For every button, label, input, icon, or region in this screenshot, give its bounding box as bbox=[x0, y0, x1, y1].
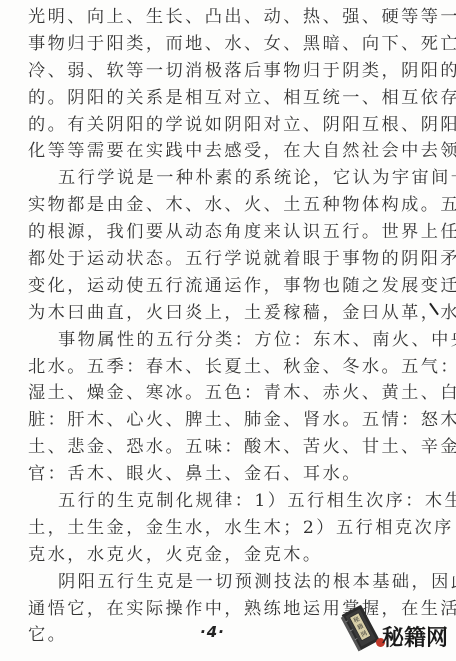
text-line: 光明、向上、生长、凸出、动、热、强、硬等等一切积极向上的 bbox=[28, 4, 428, 31]
text-line: 湿土、燥金、寒冰。五色：青木、赤火、黄土、白金、黑水。五 bbox=[28, 380, 428, 407]
text-line: 的。阴阳的关系是相互对立、相互统一、相互依存又相互制约 bbox=[28, 85, 428, 112]
text-line: 北水。五季：春木、长夏土、秋金、冬水。五气：风木、暑火、 bbox=[28, 354, 428, 381]
text-line: 都处于运动状态。五行学说就着眼于事物的阴阳矛盾作用和运动 bbox=[28, 246, 428, 273]
watermark-logo: 秘 籍 网 秘籍网 bbox=[340, 603, 456, 659]
text-line: 克水，水克火，火克金，金克木。 bbox=[28, 542, 428, 569]
text-line: 的根源，我们要从动态角度来认识五行。世界上任何一种事物 bbox=[28, 219, 428, 246]
text-line: 冷、弱、软等一切消极落后事物归于阴类，阴阳的划分不是绝对 bbox=[28, 58, 428, 85]
paragraph-start-line: 五行的生克制化规律：1）五行相生次序：木生火，火生 bbox=[28, 488, 428, 515]
body-text: 光明、向上、生长、凸出、动、热、强、硬等等一切积极向上的 事物归于阳类，而地、水… bbox=[28, 4, 428, 649]
text-line: 事物归于阳类，而地、水、女、黑暗、向下、死亡、凹进、静、 bbox=[28, 31, 428, 58]
scanned-page: 光明、向上、生长、凸出、动、热、强、硬等等一切积极向上的 事物归于阳类，而地、水… bbox=[0, 0, 456, 661]
text-line: 变化，运动使五行流通运作，事物也随之发展变迁。五行的特性 bbox=[28, 273, 428, 300]
text-line: 土，土生金，金生水，水生木；2）五行相克次序：木克土，土 bbox=[28, 515, 428, 542]
page-number: ·4· bbox=[200, 623, 225, 641]
paragraph-start-line: 阴阳五行生克是一切预测技法的根本基础，因此学易者必须 bbox=[28, 569, 428, 596]
text-line: 的。有关阴阳的学说如阴阳对立、阴阳互根、阴阳消长、阴阳转 bbox=[28, 112, 428, 139]
text-line: 化等等需要在实践中去感受，在大自然社会中去领悟。 bbox=[28, 138, 428, 165]
watermark-text: 秘籍网 bbox=[382, 621, 448, 652]
paragraph-start-line: 五行学说是一种朴素的系统论，它认为宇宙间一切有形态的 bbox=[28, 165, 428, 192]
paragraph-start-line: 事物属性的五行分类：方位：东木、南火、中央土、西金、 bbox=[28, 327, 428, 354]
text-line: 土、悲金、恐水。五味：酸木、苦火、甘土、辛金、咸水。五 bbox=[28, 434, 428, 461]
text-line: 实物都是由金、木、水、火、土五种物体构成。五行是世界万物 bbox=[28, 192, 428, 219]
text-line: 官：舌木、眼火、鼻土、金石、耳水。 bbox=[28, 461, 428, 488]
text-line: 脏：肝木、心火、脾土、肺金、肾水。五情：怒木、喜火、思 bbox=[28, 407, 428, 434]
text-line: 为木曰曲直，火曰炎上，土爰稼穑，金曰从革，水曰润下。 bbox=[28, 300, 428, 327]
